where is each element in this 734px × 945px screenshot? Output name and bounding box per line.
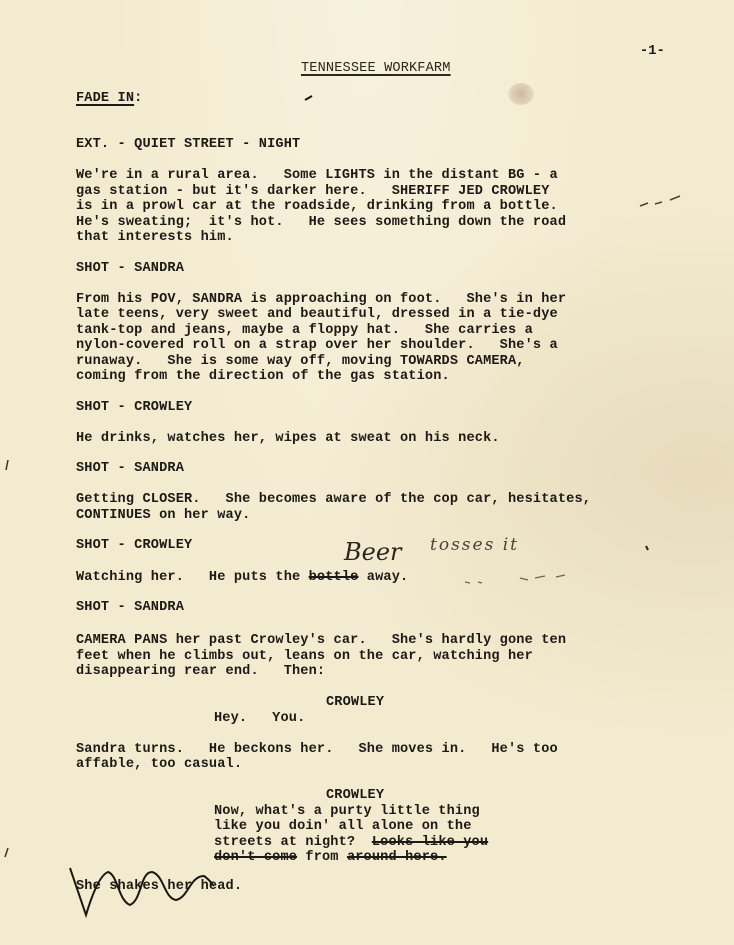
action-line: nylon-covered roll on a strap over her s… — [76, 338, 558, 353]
tick-mark — [646, 546, 648, 550]
action-line: We're in a rural area. Some LIGHTS in th… — [76, 168, 558, 183]
dialogue-line: Hey. You. — [214, 711, 305, 726]
handwritten-note: Beer — [344, 538, 402, 566]
transition-colon: : — [134, 91, 142, 106]
shot-heading: SHOT - SANDRA — [76, 461, 184, 476]
dialogue-character: CROWLEY — [326, 788, 384, 803]
margin-mark — [5, 848, 8, 857]
margin-squiggle — [640, 196, 680, 206]
dialogue-text: streets at night? — [214, 835, 372, 850]
action-line: He drinks, watches her, wipes at sweat o… — [76, 431, 500, 446]
script-title: TENNESSEE WORKFARM — [301, 61, 451, 76]
transition: FADE IN: — [76, 91, 142, 106]
script-page: -1- TENNESSEE WORKFARM FADE IN: EXT. - Q… — [0, 0, 734, 945]
action-line: feet when he climbs out, leans on the ca… — [76, 649, 533, 664]
dialogue-character: CROWLEY — [326, 695, 384, 710]
action-text: Watching her. He puts the — [76, 570, 309, 585]
struck-word: bottle — [309, 570, 359, 585]
action-text: away. — [358, 570, 408, 585]
scene-heading: EXT. - QUIET STREET - NIGHT — [76, 137, 300, 152]
transition-text: FADE IN — [76, 91, 134, 106]
action-line: Getting CLOSER. She becomes aware of the… — [76, 492, 591, 507]
dialogue-line-edited: streets at night? Looks like you — [214, 835, 488, 850]
dialogue-line: like you doin' all alone on the — [214, 819, 472, 834]
pencil-marks — [465, 575, 565, 583]
struck-text: around here. — [347, 850, 447, 865]
dialogue-line: Now, what's a purty little thing — [214, 804, 480, 819]
action-line-edited: Watching her. He puts the bottle away. — [76, 570, 408, 585]
coffee-stain — [508, 83, 534, 105]
page-number: -1- — [640, 44, 665, 59]
handwritten-note: tosses it — [430, 535, 519, 555]
shot-heading: SHOT - SANDRA — [76, 261, 184, 276]
dialogue-text: from — [297, 850, 347, 865]
action-line: affable, too casual. — [76, 757, 242, 772]
dialogue-line-edited: don't come from around here. — [214, 850, 447, 865]
margin-mark — [6, 460, 8, 470]
action-line: CONTINUES on her way. — [76, 508, 250, 523]
shot-heading: SHOT - CROWLEY — [76, 538, 192, 553]
action-line: He's sweating; it's hot. He sees somethi… — [76, 215, 566, 230]
action-line: late teens, very sweet and beautiful, dr… — [76, 307, 558, 322]
action-line: gas station - but it's darker here. SHER… — [76, 184, 550, 199]
shot-heading: SHOT - SANDRA — [76, 600, 184, 615]
action-line: Sandra turns. He beckons her. She moves … — [76, 742, 558, 757]
action-line: runaway. She is some way off, moving TOW… — [76, 354, 525, 369]
action-line: She shakes her head. — [76, 879, 242, 894]
action-line: is in a prowl car at the roadside, drink… — [76, 199, 558, 214]
struck-text: don't come — [214, 850, 297, 865]
action-line: tank-top and jeans, maybe a floppy hat. … — [76, 323, 533, 338]
action-line: From his POV, SANDRA is approaching on f… — [76, 292, 566, 307]
struck-text: Looks like you — [372, 835, 488, 850]
action-line: that interests him. — [76, 230, 234, 245]
shot-heading: SHOT - CROWLEY — [76, 400, 192, 415]
action-line: CAMERA PANS her past Crowley's car. She'… — [76, 633, 566, 648]
pencil-tick — [305, 96, 312, 100]
action-line: coming from the direction of the gas sta… — [76, 369, 450, 384]
action-line: disappearing rear end. Then: — [76, 664, 325, 679]
